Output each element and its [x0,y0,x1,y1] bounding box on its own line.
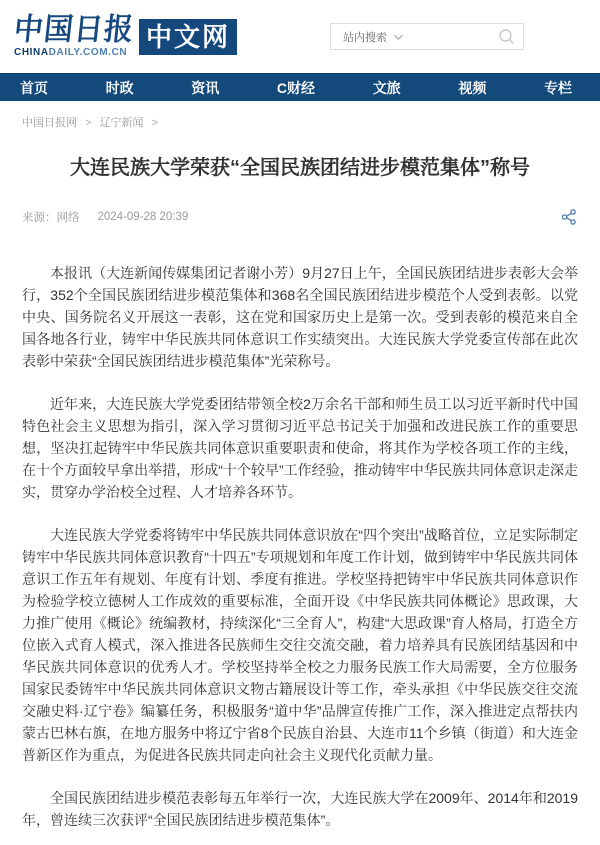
logo-domain-text: CHINADAILY.COM.CN [14,48,127,58]
article-meta: 来源：网络 2024-09-28 20:39 [22,208,578,226]
search-category-label: 站内搜索 [343,29,387,45]
nav-item-news[interactable]: 资讯 [191,74,219,102]
article-paragraph: 全国民族团结进步模范表彰每五年举行一次，大连民族大学在2009年、2014年和2… [22,787,578,845]
logo-domain-rest: DAILY.COM.CN [49,47,128,58]
logo-cn-text: 中国日报 [12,15,135,45]
search-box: 站内搜索 [330,23,524,50]
article-paragraph: 本报讯（大连新闻传媒集团记者谢小芳）9月27日上午，全国民族团结进步表彰大会举行… [22,262,578,372]
nav-item-column[interactable]: 专栏 [544,74,572,102]
share-button[interactable] [560,208,578,226]
nav-item-home[interactable]: 首页 [20,74,48,102]
article-title: 大连民族大学荣获“全国民族团结进步模范集体”称号 [22,154,578,182]
chevron-down-icon [394,31,402,39]
nav-item-politics[interactable]: 时政 [106,74,134,102]
logo-domain-bold: CHINA [14,47,49,58]
share-icon [560,208,578,226]
article-paragraph: 近年来，大连民族大学党委团结带领全校2万余名干部和师生员工以习近平新时代中国特色… [22,393,578,503]
logo-calligraphy: 中国日报 CHINADAILY.COM.CN [14,16,134,58]
search-input[interactable] [408,24,494,49]
nav-item-video[interactable]: 视频 [458,74,486,102]
article-paragraph: 大连民族大学党委将铸牢中华民族共同体意识放在“四个突出”战略首位，立足实际制定铸… [22,524,578,766]
breadcrumb: 中国日报网 > 辽宁新闻 > [0,101,600,130]
search-category-dropdown[interactable]: 站内搜索 [331,29,408,45]
article-datetime: 2024-09-28 20:39 [98,211,189,223]
breadcrumb-link-liaoning-news[interactable]: 辽宁新闻 [100,117,144,129]
main-nav: 首页 时政 资讯 C财经 文旅 视频 专栏 [0,73,600,101]
breadcrumb-separator: > [85,117,91,129]
article: 大连民族大学荣获“全国民族团结进步模范集体”称号 来源：网络 2024-09-2… [0,154,600,845]
breadcrumb-separator: > [152,117,158,129]
site-logo[interactable]: 中国日报 CHINADAILY.COM.CN 中文网 [14,16,237,58]
page: 中国日报 CHINADAILY.COM.CN 中文网 站内搜索 首页 时政 资讯… [0,0,600,845]
search-button[interactable] [494,28,523,45]
article-source: 来源：网络 [22,209,80,225]
site-header: 中国日报 CHINADAILY.COM.CN 中文网 站内搜索 [0,0,600,73]
nav-item-culture-tourism[interactable]: 文旅 [373,74,401,102]
search-icon [498,28,515,45]
nav-item-finance[interactable]: C财经 [277,74,315,102]
breadcrumb-link-chinadaily[interactable]: 中国日报网 [22,117,77,129]
logo-site-name: 中文网 [139,19,237,55]
